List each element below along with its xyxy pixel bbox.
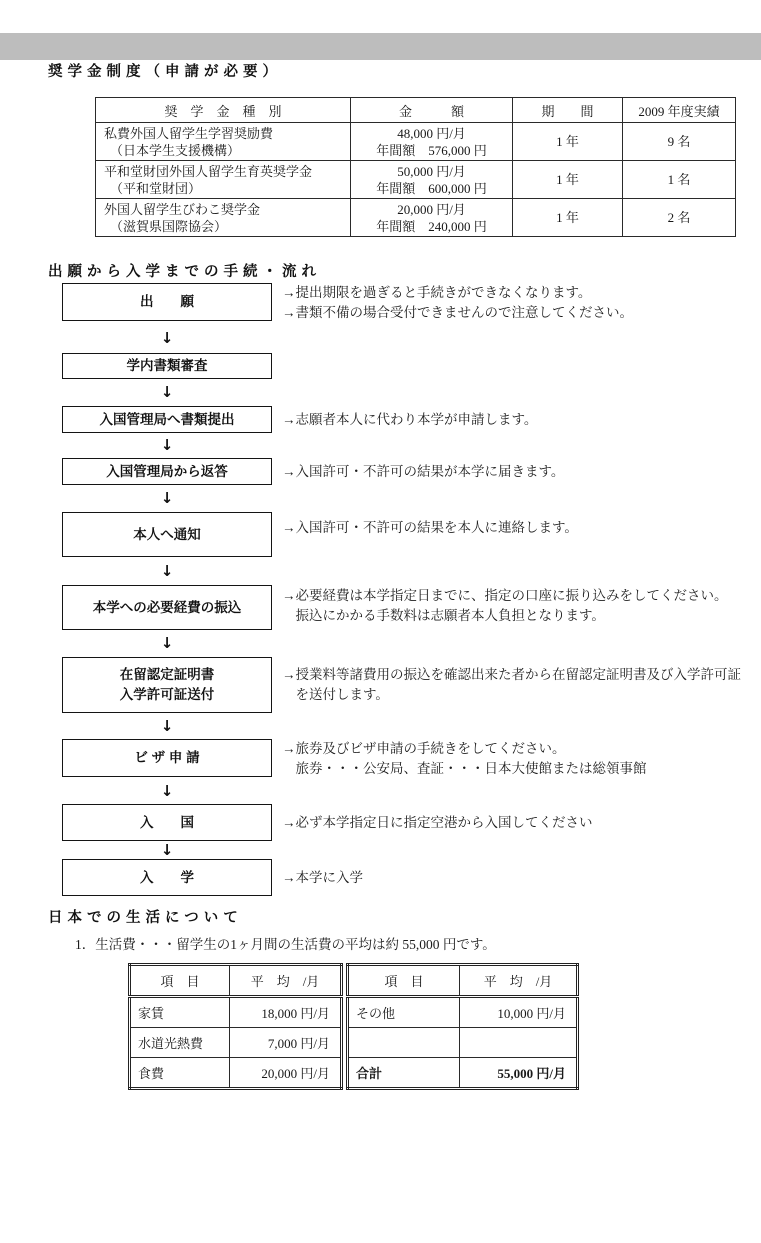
flow-step-notes: →提出期限を過ぎると手続きができなくなります。 →書類不備の場合受付できませんの…	[282, 283, 633, 323]
note-line: を送付します。	[282, 685, 741, 705]
flow-box-label: 在留認定証明書 入学許可証送付	[62, 657, 272, 713]
down-arrow-icon: ↓	[62, 557, 272, 585]
scholarship-header-row: 奨 学 金 種 別 金 額 期 間 2009 年度実績	[96, 98, 736, 123]
note-line: →必要経費は本学指定日までに、指定の口座に振り込みをしてください。	[282, 586, 728, 606]
living-cost-intro: 1．生活費・・・留学生の1ヶ月間の生活費の平均は約 55,000 円です。	[75, 933, 496, 953]
scholarship-name-line2: （日本学生支援機構）	[104, 142, 350, 159]
cost-item-cell: その他	[348, 997, 460, 1028]
cost-value-cell: 10,000 円/月	[460, 997, 578, 1028]
total-value-cell: 55,000 円/月	[460, 1058, 578, 1089]
cost-value-cell: 7,000 円/月	[230, 1028, 342, 1058]
scholarship-amount-cell: 20,000 円/月 年間額 240,000 円	[351, 199, 513, 237]
note-line: 旅券・・・公安局、査証・・・日本大使館または総領事館	[282, 759, 647, 779]
cost-header-row: 項 目 平 均 /月	[130, 965, 342, 997]
living-cost-table-right: 項 目 平 均 /月 その他 10,000 円/月 合計 55,000 円/月	[346, 963, 579, 1090]
table-row: その他 10,000 円/月	[348, 997, 578, 1028]
scholarship-name-line1: 平和堂財団外国人留学生育英奨学金	[104, 163, 350, 180]
flow-step-notify-applicant: 本人へ通知 →入国許可・不許可の結果を本人に連絡します。	[62, 512, 761, 557]
table-row: 私費外国人留学生学習奨励費 （日本学生支援機構） 48,000 円/月 年間額 …	[96, 123, 736, 161]
cost-value-cell	[460, 1028, 578, 1058]
flow-step-notes: →旅券及びビザ申請の手続きをしてください。 旅券・・・公安局、査証・・・日本大使…	[282, 739, 647, 779]
flow-step-notes: →入国許可・不許可の結果を本人に連絡します。	[282, 512, 578, 538]
scholarship-table: 奨 学 金 種 別 金 額 期 間 2009 年度実績 私費外国人留学生学習奨励…	[95, 97, 736, 237]
col-header-average: 平 均 /月	[230, 965, 342, 997]
note-line: →提出期限を過ぎると手続きができなくなります。	[282, 283, 633, 303]
cost-item-cell	[348, 1028, 460, 1058]
scholarship-period-cell: 1 年	[513, 199, 623, 237]
note-line: →書類不備の場合受付できませんので注意してください。	[282, 303, 633, 323]
table-row: 外国人留学生びわこ奨学金 （滋賀県国際協会） 20,000 円/月 年間額 24…	[96, 199, 736, 237]
flow-step-entry-japan: 入 国 →必ず本学指定日に指定空港から入国してください	[62, 804, 761, 841]
table-row: 食費 20,000 円/月	[130, 1058, 342, 1089]
cost-item-cell: 水道光熱費	[130, 1028, 230, 1058]
flow-step-notes: →必要経費は本学指定日までに、指定の口座に振り込みをしてください。 振込にかかる…	[282, 585, 728, 626]
col-header-amount: 金 額	[351, 98, 513, 123]
down-arrow-icon: ↓	[62, 779, 272, 804]
scholarship-result-cell: 9 名	[623, 123, 736, 161]
scholarship-name-cell: 外国人留学生びわこ奨学金 （滋賀県国際協会）	[96, 199, 351, 237]
note-line: →旅券及びビザ申請の手続きをしてください。	[282, 739, 647, 759]
scholarship-name-line2: （滋賀県国際協会）	[104, 218, 350, 235]
scholarship-result-cell: 1 名	[623, 161, 736, 199]
down-arrow-icon: ↓	[62, 630, 272, 657]
flow-step-notes: →本学に入学	[282, 868, 363, 888]
note-line: →本学に入学	[282, 868, 363, 888]
cost-value-cell: 20,000 円/月	[230, 1058, 342, 1089]
down-arrow-icon: ↓	[62, 323, 272, 353]
flow-box-label: ビ ザ 申 請	[62, 739, 272, 777]
table-row: 家賃 18,000 円/月	[130, 997, 342, 1028]
living-heading: 日本での生活について	[48, 906, 243, 927]
scholarship-period-cell: 1 年	[513, 161, 623, 199]
note-line: →入国許可・不許可の結果が本学に届きます。	[282, 462, 564, 482]
flow-step-notes: →入国許可・不許可の結果が本学に届きます。	[282, 462, 564, 482]
amount-yearly: 年間額 240,000 円	[351, 218, 512, 235]
cost-item-cell: 食費	[130, 1058, 230, 1089]
amount-yearly: 年間額 576,000 円	[351, 142, 512, 159]
cost-value-cell: 18,000 円/月	[230, 997, 342, 1028]
scholarship-name-cell: 私費外国人留学生学習奨励費 （日本学生支援機構）	[96, 123, 351, 161]
scholarship-heading: 奨学金制度（申請が必要）	[48, 60, 282, 81]
note-line: →必ず本学指定日に指定空港から入国してください	[282, 813, 593, 833]
flow-box-label: 本人へ通知	[62, 512, 272, 557]
amount-monthly: 48,000 円/月	[351, 125, 512, 142]
document-page: 奨学金制度（申請が必要） 奨 学 金 種 別 金 額 期 間 2009 年度実績…	[0, 0, 761, 1243]
flow-step-transfer-fees: 本学への必要経費の振込 →必要経費は本学指定日までに、指定の口座に振り込みをして…	[62, 585, 761, 630]
table-row	[348, 1028, 578, 1058]
col-header-result: 2009 年度実績	[623, 98, 736, 123]
scholarship-result-cell: 2 名	[623, 199, 736, 237]
scholarship-name-line1: 私費外国人留学生学習奨励費	[104, 125, 350, 142]
amount-yearly: 年間額 600,000 円	[351, 180, 512, 197]
flow-step-notes: →授業料等諸費用の振込を確認出来た者から在留認定証明書及び入学許可証 を送付しま…	[282, 657, 741, 705]
flow-step-visa-application: ビ ザ 申 請 →旅券及びビザ申請の手続きをしてください。 旅券・・・公安局、査…	[62, 739, 761, 779]
down-arrow-icon: ↓	[62, 485, 272, 512]
flow-step-submit-immigration: 入国管理局へ書類提出 →志願者本人に代わり本学が申請します。	[62, 406, 761, 433]
col-header-average: 平 均 /月	[460, 965, 578, 997]
note-line: →入国許可・不許可の結果を本人に連絡します。	[282, 518, 578, 538]
flow-step-send-certificates: 在留認定証明書 入学許可証送付 →授業料等諸費用の振込を確認出来た者から在留認定…	[62, 657, 761, 713]
flow-step-notes: →必ず本学指定日に指定空港から入国してください	[282, 813, 593, 833]
note-line: →志願者本人に代わり本学が申請します。	[282, 410, 537, 430]
flow-step-internal-review: 学内書類審査	[62, 353, 761, 379]
flow-step-application: 出 願 →提出期限を過ぎると手続きができなくなります。 →書類不備の場合受付でき…	[62, 283, 761, 323]
table-row: 平和堂財団外国人留学生育英奨学金 （平和堂財団） 50,000 円/月 年間額 …	[96, 161, 736, 199]
flow-box-label: 出 願	[62, 283, 272, 321]
down-arrow-icon: ↓	[62, 379, 272, 406]
scholarship-amount-cell: 50,000 円/月 年間額 600,000 円	[351, 161, 513, 199]
section-divider-bar	[0, 33, 761, 60]
col-header-type: 奨 学 金 種 別	[96, 98, 351, 123]
living-cost-table-left: 項 目 平 均 /月 家賃 18,000 円/月 水道光熱費 7,000 円/月…	[128, 963, 343, 1090]
flow-step-notes: →志願者本人に代わり本学が申請します。	[282, 410, 537, 430]
procedure-flowchart: 出 願 →提出期限を過ぎると手続きができなくなります。 →書類不備の場合受付でき…	[62, 283, 761, 896]
total-row: 合計 55,000 円/月	[348, 1058, 578, 1089]
flow-step-enrollment: 入 学 →本学に入学	[62, 859, 761, 896]
procedure-heading: 出願から入学までの手続・流れ	[48, 260, 321, 281]
flow-box-label-line1: 在留認定証明書	[120, 665, 215, 685]
flow-box-label: 入 国	[62, 804, 272, 841]
living-cost-tables: 項 目 平 均 /月 家賃 18,000 円/月 水道光熱費 7,000 円/月…	[128, 963, 579, 1090]
down-arrow-icon: ↓	[62, 713, 272, 739]
col-header-period: 期 間	[513, 98, 623, 123]
total-label-cell: 合計	[348, 1058, 460, 1089]
down-arrow-icon: ↓	[62, 433, 272, 458]
scholarship-name-line1: 外国人留学生びわこ奨学金	[104, 201, 350, 218]
flow-box-label: 入国管理局から返答	[62, 458, 272, 485]
flow-step-immigration-reply: 入国管理局から返答 →入国許可・不許可の結果が本学に届きます。	[62, 458, 761, 485]
scholarship-period-cell: 1 年	[513, 123, 623, 161]
flow-box-label: 入 学	[62, 859, 272, 896]
table-row: 水道光熱費 7,000 円/月	[130, 1028, 342, 1058]
scholarship-name-cell: 平和堂財団外国人留学生育英奨学金 （平和堂財団）	[96, 161, 351, 199]
flow-box-label-line2: 入学許可証送付	[120, 685, 215, 705]
note-line: →授業料等諸費用の振込を確認出来た者から在留認定証明書及び入学許可証	[282, 665, 741, 685]
scholarship-name-line2: （平和堂財団）	[104, 180, 350, 197]
down-arrow-icon: ↓	[62, 841, 272, 859]
flow-box-label: 入国管理局へ書類提出	[62, 406, 272, 433]
col-header-item: 項 目	[130, 965, 230, 997]
flow-box-label: 本学への必要経費の振込	[62, 585, 272, 630]
col-header-item: 項 目	[348, 965, 460, 997]
amount-monthly: 20,000 円/月	[351, 201, 512, 218]
cost-header-row: 項 目 平 均 /月	[348, 965, 578, 997]
scholarship-amount-cell: 48,000 円/月 年間額 576,000 円	[351, 123, 513, 161]
note-line: 振込にかかる手数料は志願者本人負担となります。	[282, 606, 728, 626]
cost-item-cell: 家賃	[130, 997, 230, 1028]
amount-monthly: 50,000 円/月	[351, 163, 512, 180]
flow-box-label: 学内書類審査	[62, 353, 272, 379]
